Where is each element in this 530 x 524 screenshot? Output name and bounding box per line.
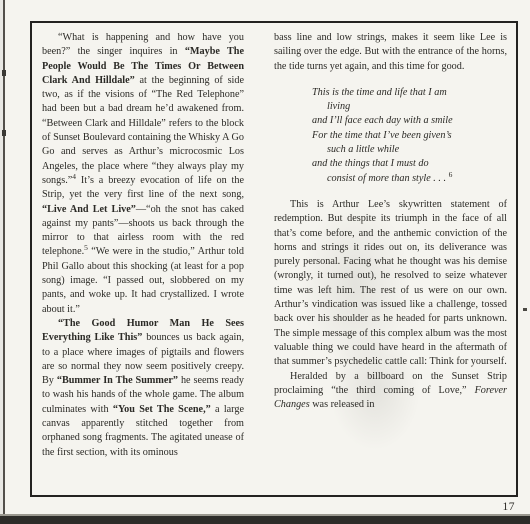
text-segment: was released in [310,399,375,410]
lyrics-line: For the time that I’ve been given’s [312,129,507,143]
paragraph: bass line and low strings, makes it seem… [274,31,507,74]
paragraph: This is Arthur Lee’s skywritten statemen… [274,198,507,370]
text-segment: and the things that I must do [312,158,429,169]
text-segment: consist of more than style . . . [327,173,449,184]
text-frame: “What is happening and how have you been… [30,21,518,497]
footnote-marker: 6 [449,170,453,179]
text-segment: “Bummer In The Summer” [57,375,178,386]
text-segment: “Live And Let Live” [42,204,136,215]
paragraph: Heralded by a billboard on the Sunset St… [274,370,507,413]
spine-mark [2,70,6,76]
lyrics-quote: This is the time and life that I amlivin… [312,86,507,186]
spine-mark [2,130,6,136]
column-right: bass line and low strings, makes it seem… [274,31,507,495]
ink-speck [523,308,527,311]
page-number: 17 [503,501,516,513]
paragraph: “What is happening and how have you been… [42,31,244,317]
column-left: “What is happening and how have you been… [42,31,244,495]
bottom-edge-band [0,516,530,524]
text-segment: living [327,101,350,112]
lyrics-line: such a little while [312,143,507,157]
text-segment: “You Set The Scene,” [113,404,211,415]
text-segment: This is the time and life that I am [312,87,447,98]
text-segment: at the beginning of side two, as if the … [42,75,244,186]
spine-shadow-line [3,0,5,516]
text-segment: For the time that I’ve been given’s [312,130,452,141]
text-segment: Heralded by a billboard on the Sunset St… [274,371,507,396]
lyrics-line: and the things that I must do [312,157,507,171]
lyrics-line: and I’ll face each day with a smile [312,114,507,128]
paragraph: “The Good Humor Man He Sees Everything L… [42,317,244,460]
booklet-page: { "page_number": "17", "colors": { "page… [0,0,530,524]
text-segment: and I’ll face each day with a smile [312,115,453,126]
lyrics-line: This is the time and life that I am [312,86,507,100]
text-segment: bass line and low strings, makes it seem… [274,32,507,72]
text-segment: such a little while [327,144,399,155]
text-segment: This is Arthur Lee’s skywritten statemen… [274,199,507,367]
lyrics-line: consist of more than style . . . 6 [312,172,507,186]
lyrics-line: living [312,100,507,114]
